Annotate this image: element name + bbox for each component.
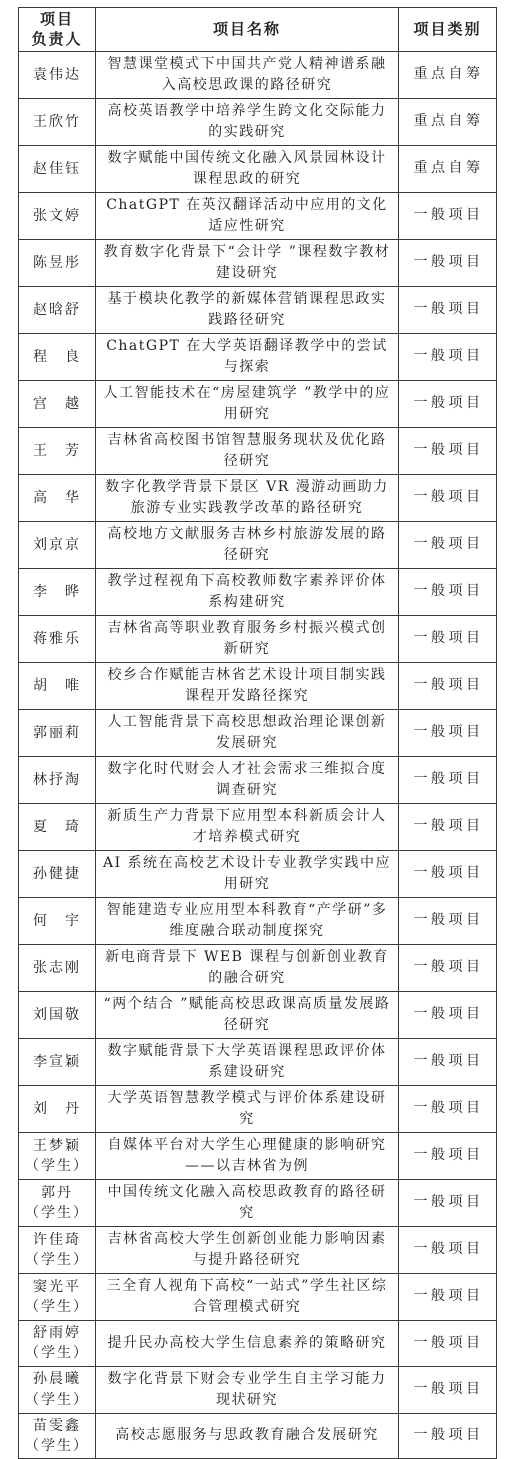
leader-note: （学生）: [21, 1390, 93, 1410]
category-cell: 一般项目: [399, 287, 497, 334]
category-cell: 一般项目: [399, 1180, 497, 1227]
category-cell: 一般项目: [399, 1227, 497, 1274]
leader-cell: 高 华: [19, 475, 96, 522]
project-title-cell: 吉林省高校大学生创新创业能力影响因素与提升路径研究: [96, 1227, 399, 1274]
leader-cell: 陈昱彤: [19, 240, 96, 287]
table-row: 孙晨曦（学生）数字化背景下财会专业学生自主学习能力现状研究一般项目: [19, 1366, 497, 1413]
category-cell: 一般项目: [399, 1274, 497, 1321]
leader-name: 李 晔: [21, 582, 93, 602]
leader-note: （学生）: [21, 1297, 93, 1317]
project-title-cell: 数字化时代财会人才社会需求三维拟合度调查研究: [96, 757, 399, 804]
leader-name: 王 芳: [21, 441, 93, 461]
project-title-cell: 教学过程视角下高校教师数字素养评价体系构建研究: [96, 569, 399, 616]
category-cell: 重点自筹: [399, 146, 497, 193]
leader-name: 王欣竹: [21, 112, 93, 132]
leader-name: 高 华: [21, 488, 93, 508]
leader-name: 孙健捷: [21, 864, 93, 884]
project-title-cell: 高校英语教学中培养学生跨文化交际能力的实践研究: [96, 99, 399, 146]
table-row: 高 华数字化教学背景下景区 VR 漫游动画助力旅游专业实践教学改革的路径研究一般…: [19, 475, 497, 522]
category-cell: 一般项目: [399, 475, 497, 522]
projects-table: 项目 负责人 项目名称 项目类别 袁伟达智慧课堂模式下中国共产党人精神谱系融入高…: [18, 7, 497, 1459]
table-row: 夏 琦新质生产力背景下应用型本科新质会计人才培养模式研究一般项目: [19, 804, 497, 851]
leader-cell: 张志刚: [19, 945, 96, 992]
category-cell: 一般项目: [399, 945, 497, 992]
leader-name: 林抒淘: [21, 770, 93, 790]
leader-cell: 王 芳: [19, 428, 96, 475]
leader-cell: 夏 琦: [19, 804, 96, 851]
category-cell: 一般项目: [399, 193, 497, 240]
leader-note: （学生）: [21, 1156, 93, 1176]
category-cell: 一般项目: [399, 428, 497, 475]
leader-cell: 蒋雅乐: [19, 616, 96, 663]
project-title-cell: 数字化教学背景下景区 VR 漫游动画助力旅游专业实践教学改革的路径研究: [96, 475, 399, 522]
leader-cell: 胡 唯: [19, 663, 96, 710]
col-header-category: 项目类别: [399, 8, 497, 52]
table-row: 许佳琦（学生）吉林省高校大学生创新创业能力影响因素与提升路径研究一般项目: [19, 1227, 497, 1274]
leader-cell: 孙健捷: [19, 851, 96, 898]
leader-name: 刘国敬: [21, 1005, 93, 1025]
leader-cell: 郭丽莉: [19, 710, 96, 757]
project-title-cell: 吉林省高校图书馆智慧服务现状及优化路径研究: [96, 428, 399, 475]
project-title-cell: 中国传统文化融入高校思政教育的路径研究: [96, 1180, 399, 1227]
leader-cell: 张文婷: [19, 193, 96, 240]
leader-cell: 苗雯鑫（学生）: [19, 1413, 96, 1459]
category-cell: 一般项目: [399, 616, 497, 663]
table-body: 袁伟达智慧课堂模式下中国共产党人精神谱系融入高校思政课的路径研究重点自筹王欣竹高…: [19, 52, 497, 1459]
header-row: 项目 负责人 项目名称 项目类别: [19, 8, 497, 52]
category-cell: 一般项目: [399, 1321, 497, 1367]
leader-name: 夏 琦: [21, 817, 93, 837]
leader-note: （学生）: [21, 1436, 93, 1456]
project-title-cell: ChatGPT 在大学英语翻译教学中的尝试与探索: [96, 334, 399, 381]
leader-cell: 孙晨曦（学生）: [19, 1366, 96, 1413]
category-cell: 一般项目: [399, 992, 497, 1039]
category-cell: 一般项目: [399, 804, 497, 851]
leader-name: 陈昱彤: [21, 253, 93, 273]
col-header-leader-line2: 负责人: [23, 30, 91, 50]
leader-cell: 程 良: [19, 334, 96, 381]
project-title-cell: 数字赋能背景下大学英语课程思政评价体系建设研究: [96, 1039, 399, 1086]
table-row: 宫 越人工智能技术在“房屋建筑学 ”教学中的应用研究一般项目: [19, 381, 497, 428]
leader-cell: 赵佳钰: [19, 146, 96, 193]
table-row: 刘国敬“两个结合 ”赋能高校思政课高质量发展路径研究一般项目: [19, 992, 497, 1039]
leader-name: 赵晗舒: [21, 300, 93, 320]
col-header-title: 项目名称: [96, 8, 399, 52]
table-row: 袁伟达智慧课堂模式下中国共产党人精神谱系融入高校思政课的路径研究重点自筹: [19, 52, 497, 99]
table-row: 李宣颖数字赋能背景下大学英语课程思政评价体系建设研究一般项目: [19, 1039, 497, 1086]
table-row: 郭丹（学生）中国传统文化融入高校思政教育的路径研究一般项目: [19, 1180, 497, 1227]
project-title-cell: 智慧课堂模式下中国共产党人精神谱系融入高校思政课的路径研究: [96, 52, 399, 99]
table-row: 林抒淘数字化时代财会人才社会需求三维拟合度调查研究一般项目: [19, 757, 497, 804]
project-title-cell: 校乡合作赋能吉林省艺术设计项目制实践课程开发路径探究: [96, 663, 399, 710]
leader-cell: 何 宇: [19, 898, 96, 945]
table-row: 王欣竹高校英语教学中培养学生跨文化交际能力的实践研究重点自筹: [19, 99, 497, 146]
category-cell: 一般项目: [399, 757, 497, 804]
category-cell: 一般项目: [399, 1366, 497, 1413]
table-row: 胡 唯校乡合作赋能吉林省艺术设计项目制实践课程开发路径探究一般项目: [19, 663, 497, 710]
leader-cell: 刘国敬: [19, 992, 96, 1039]
table-row: 刘京京高校地方文献服务吉林乡村旅游发展的路径研究一般项目: [19, 522, 497, 569]
table-row: 李 晔教学过程视角下高校教师数字素养评价体系构建研究一般项目: [19, 569, 497, 616]
project-title-cell: 基于模块化教学的新媒体营销课程思政实践路径研究: [96, 287, 399, 334]
project-title-cell: “两个结合 ”赋能高校思政课高质量发展路径研究: [96, 992, 399, 1039]
table-row: 陈昱彤教育数字化背景下“会计学 ”课程数字教材建设研究一般项目: [19, 240, 497, 287]
leader-name: 胡 唯: [21, 676, 93, 696]
category-cell: 一般项目: [399, 710, 497, 757]
category-cell: 一般项目: [399, 663, 497, 710]
project-title-cell: 人工智能技术在“房屋建筑学 ”教学中的应用研究: [96, 381, 399, 428]
leader-name: 王梦颖: [21, 1136, 93, 1156]
leader-cell: 王梦颖（学生）: [19, 1133, 96, 1180]
leader-name: 孙晨曦: [21, 1369, 93, 1389]
category-cell: 重点自筹: [399, 52, 497, 99]
leader-name: 袁伟达: [21, 65, 93, 85]
leader-name: 宫 越: [21, 394, 93, 414]
table-row: 苗雯鑫（学生）高校志愿服务与思政教育融合发展研究一般项目: [19, 1413, 497, 1459]
category-cell: 一般项目: [399, 334, 497, 381]
leader-cell: 袁伟达: [19, 52, 96, 99]
table-row: 舒雨婷（学生）提升民办高校大学生信息素养的策略研究一般项目: [19, 1321, 497, 1367]
project-title-cell: 吉林省高等职业教育服务乡村振兴模式创新研究: [96, 616, 399, 663]
project-title-cell: 教育数字化背景下“会计学 ”课程数字教材建设研究: [96, 240, 399, 287]
category-cell: 一般项目: [399, 569, 497, 616]
project-title-cell: 提升民办高校大学生信息素养的策略研究: [96, 1321, 399, 1367]
table-row: 王 芳吉林省高校图书馆智慧服务现状及优化路径研究一般项目: [19, 428, 497, 475]
project-title-cell: 数字化背景下财会专业学生自主学习能力现状研究: [96, 1366, 399, 1413]
leader-name: 蒋雅乐: [21, 629, 93, 649]
leader-name: 张志刚: [21, 958, 93, 978]
category-cell: 一般项目: [399, 1413, 497, 1459]
category-cell: 一般项目: [399, 1133, 497, 1180]
leader-name: 窦光平: [21, 1277, 93, 1297]
leader-cell: 宫 越: [19, 381, 96, 428]
leader-name: 赵佳钰: [21, 159, 93, 179]
leader-name: 舒雨婷: [21, 1323, 93, 1343]
leader-name: 许佳琦: [21, 1230, 93, 1250]
leader-cell: 窦光平（学生）: [19, 1274, 96, 1321]
category-cell: 重点自筹: [399, 99, 497, 146]
project-title-cell: 大学英语智慧教学模式与评价体系建设研究: [96, 1086, 399, 1133]
leader-name: 张文婷: [21, 206, 93, 226]
project-title-cell: 自媒体平台对大学生心理健康的影响研究——以吉林省为例: [96, 1133, 399, 1180]
project-title-cell: 高校志愿服务与思政教育融合发展研究: [96, 1413, 399, 1459]
leader-cell: 舒雨婷（学生）: [19, 1321, 96, 1367]
category-cell: 一般项目: [399, 522, 497, 569]
leader-cell: 林抒淘: [19, 757, 96, 804]
category-cell: 一般项目: [399, 381, 497, 428]
project-title-cell: AI 系统在高校艺术设计专业教学实践中应用研究: [96, 851, 399, 898]
leader-cell: 刘京京: [19, 522, 96, 569]
project-title-cell: 智能建造专业应用型本科教育“产学研”多维度融合联动制度探究: [96, 898, 399, 945]
leader-name: 苗雯鑫: [21, 1416, 93, 1436]
projects-table-container: 项目 负责人 项目名称 项目类别 袁伟达智慧课堂模式下中国共产党人精神谱系融入高…: [18, 7, 496, 1459]
table-row: 程 良ChatGPT 在大学英语翻译教学中的尝试与探索一般项目: [19, 334, 497, 381]
leader-name: 郭丽莉: [21, 723, 93, 743]
table-row: 王梦颖（学生）自媒体平台对大学生心理健康的影响研究——以吉林省为例一般项目: [19, 1133, 497, 1180]
category-cell: 一般项目: [399, 851, 497, 898]
leader-cell: 王欣竹: [19, 99, 96, 146]
table-row: 郭丽莉人工智能背景下高校思想政治理论课创新发展研究一般项目: [19, 710, 497, 757]
table-row: 窦光平（学生）三全育人视角下高校“一站式”学生社区综合管理模式研究一般项目: [19, 1274, 497, 1321]
leader-name: 郭丹: [21, 1183, 93, 1203]
leader-cell: 赵晗舒: [19, 287, 96, 334]
table-row: 刘 丹大学英语智慧教学模式与评价体系建设研究一般项目: [19, 1086, 497, 1133]
leader-name: 程 良: [21, 347, 93, 367]
table-row: 赵佳钰数字赋能中国传统文化融入风景园林设计课程思政的研究重点自筹: [19, 146, 497, 193]
leader-note: （学生）: [21, 1343, 93, 1363]
project-title-cell: 人工智能背景下高校思想政治理论课创新发展研究: [96, 710, 399, 757]
leader-note: （学生）: [21, 1203, 93, 1223]
table-row: 张文婷ChatGPT 在英汉翻译活动中应用的文化适应性研究一般项目: [19, 193, 497, 240]
category-cell: 一般项目: [399, 1086, 497, 1133]
category-cell: 一般项目: [399, 240, 497, 287]
project-title-cell: 新质生产力背景下应用型本科新质会计人才培养模式研究: [96, 804, 399, 851]
table-header: 项目 负责人 项目名称 项目类别: [19, 8, 497, 52]
col-header-leader-line1: 项目: [23, 10, 91, 30]
table-row: 何 宇智能建造专业应用型本科教育“产学研”多维度融合联动制度探究一般项目: [19, 898, 497, 945]
category-cell: 一般项目: [399, 898, 497, 945]
table-row: 赵晗舒基于模块化教学的新媒体营销课程思政实践路径研究一般项目: [19, 287, 497, 334]
leader-cell: 李 晔: [19, 569, 96, 616]
leader-cell: 郭丹（学生）: [19, 1180, 96, 1227]
project-title-cell: ChatGPT 在英汉翻译活动中应用的文化适应性研究: [96, 193, 399, 240]
table-row: 张志刚新电商背景下 WEB 课程与创新创业教育的融合研究一般项目: [19, 945, 497, 992]
leader-name: 何 宇: [21, 911, 93, 931]
leader-name: 刘京京: [21, 535, 93, 555]
leader-cell: 许佳琦（学生）: [19, 1227, 96, 1274]
project-title-cell: 新电商背景下 WEB 课程与创新创业教育的融合研究: [96, 945, 399, 992]
project-title-cell: 三全育人视角下高校“一站式”学生社区综合管理模式研究: [96, 1274, 399, 1321]
project-title-cell: 高校地方文献服务吉林乡村旅游发展的路径研究: [96, 522, 399, 569]
leader-cell: 李宣颖: [19, 1039, 96, 1086]
leader-name: 刘 丹: [21, 1099, 93, 1119]
leader-name: 李宣颖: [21, 1052, 93, 1072]
table-row: 孙健捷AI 系统在高校艺术设计专业教学实践中应用研究一般项目: [19, 851, 497, 898]
category-cell: 一般项目: [399, 1039, 497, 1086]
leader-note: （学生）: [21, 1250, 93, 1270]
table-row: 蒋雅乐吉林省高等职业教育服务乡村振兴模式创新研究一般项目: [19, 616, 497, 663]
leader-cell: 刘 丹: [19, 1086, 96, 1133]
project-title-cell: 数字赋能中国传统文化融入风景园林设计课程思政的研究: [96, 146, 399, 193]
col-header-leader: 项目 负责人: [19, 8, 96, 52]
